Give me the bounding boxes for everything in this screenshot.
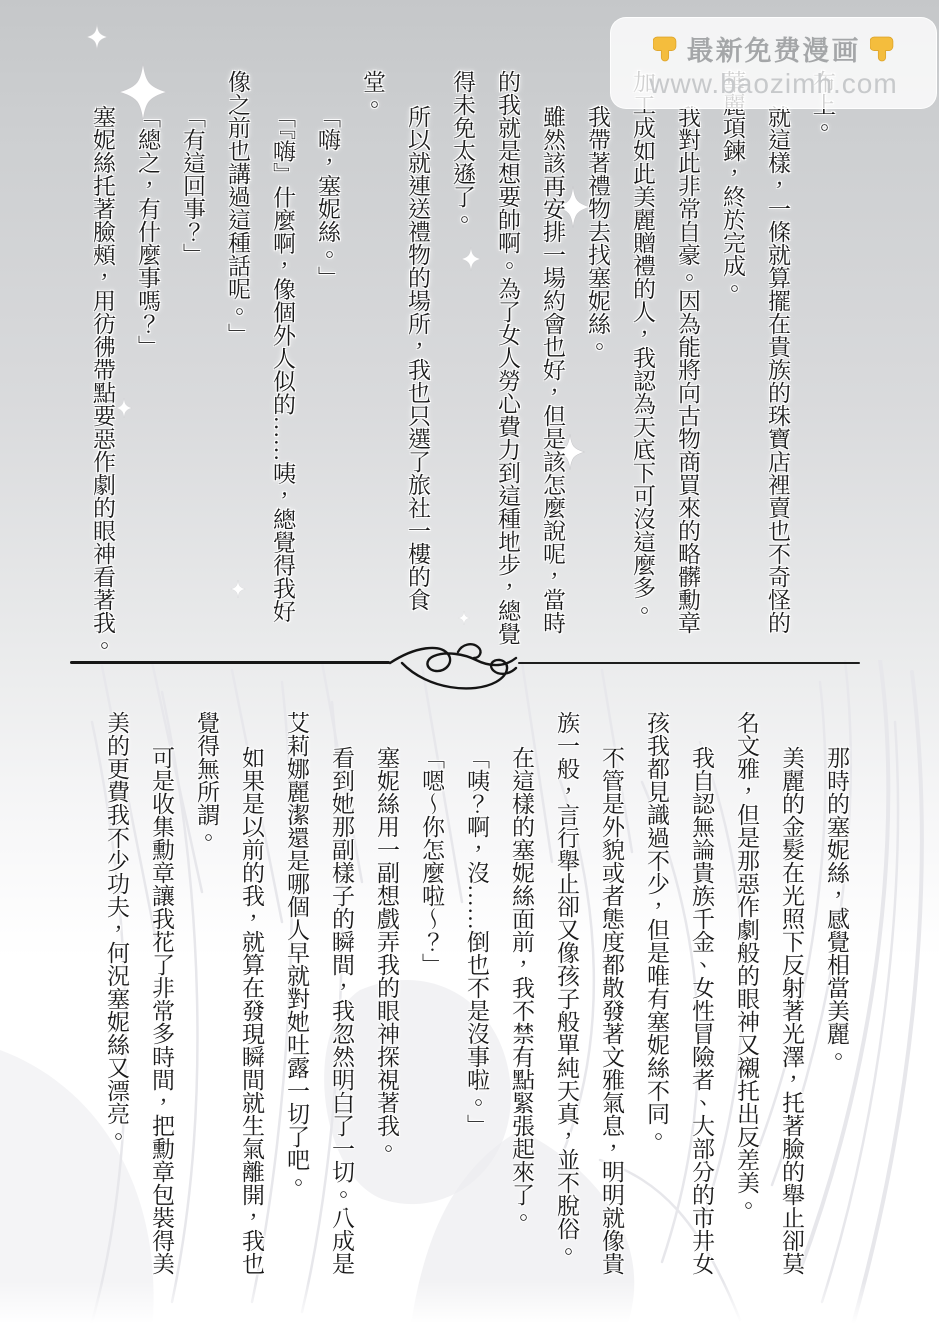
text-line: 我自認無論貴族千金、女性冒險者、大部分的市井女 xyxy=(679,711,724,1299)
text-line: 覺得無所謂。 xyxy=(184,711,229,1299)
text-line: 雖然該再安排一場約會也好，但是該怎麼說呢，當時 xyxy=(530,70,575,664)
text-line: 「『嗨』什麼啊，像個外人似的……咦，總覺得我好 xyxy=(260,70,305,664)
text-line: 加工成如此美麗贈禮的人，我認為天底下可沒這麼多。 xyxy=(620,70,665,664)
top-text-block: 布上。就這樣，一條就算擺在貴族的珠寶店裡賣也不奇怪的華麗項鍊，終於完成。我對此非… xyxy=(80,70,845,664)
pointing-down-finger-icon xyxy=(870,35,895,62)
text-line: 美麗的金髮在光照下反射著光澤，托著臉的舉止卻莫 xyxy=(769,711,814,1299)
text-line: 得未免太遜了。 xyxy=(440,70,485,664)
text-line: 「嗨，塞妮絲。」 xyxy=(305,70,350,664)
text-line: 艾莉娜麗潔還是哪個人早就對她吐露一切了吧。 xyxy=(274,711,319,1299)
novel-page: 布上。就這樣，一條就算擺在貴族的珠寶店裡賣也不奇怪的華麗項鍊，終於完成。我對此非… xyxy=(0,0,939,1331)
text-line: 像之前也講過這種話呢。」 xyxy=(215,70,260,664)
divider-rule-right xyxy=(518,662,860,664)
text-line: 「有這回事？」 xyxy=(170,70,215,664)
divider-flourish-icon xyxy=(388,638,518,700)
text-line: 如果是以前的我，就算在發現瞬間就生氣離開，我也 xyxy=(229,711,274,1299)
text-line: 的我就是想要帥啊。為了女人勞心費力到這種地步，總覺 xyxy=(485,70,530,664)
sparkle-icon xyxy=(84,24,110,50)
divider-rule-left xyxy=(70,661,390,664)
text-line: 名文雅，但是那惡作劇般的眼神又襯托出反差美。 xyxy=(724,711,769,1299)
text-line: 不管是外貌或者態度都散發著文雅氣息，明明就像貴 xyxy=(589,711,634,1299)
text-line: 看到她那副樣子的瞬間，我忽然明白了一切。八成是 xyxy=(319,711,364,1299)
bottom-fade xyxy=(0,1281,939,1331)
watermark-url: www.baozimh.com xyxy=(649,70,897,98)
text-line: 「咦？啊，沒……倒也不是沒事啦。」 xyxy=(454,711,499,1299)
text-line: 族一般，言行舉止卻又像孩子般單純天真，並不脫俗。 xyxy=(544,711,589,1299)
text-line: 美的更費我不少功夫，何況塞妮絲又漂亮。 xyxy=(94,711,139,1299)
text-line: 布上。 xyxy=(800,70,845,664)
pointing-down-finger-icon xyxy=(653,35,678,62)
text-line: 塞妮絲用一副想戲弄我的眼神探視著我。 xyxy=(364,711,409,1299)
text-line: 我對此非常自豪。因為能將向古物商買來的略髒勳章 xyxy=(665,70,710,664)
text-line: 在這樣的塞妮絲面前，我不禁有點緊張起來了。 xyxy=(499,711,544,1299)
watermark-title-row: 最新免费漫画 xyxy=(653,29,895,68)
text-line: 塞妮絲托著臉頰，用彷彿帶點要惡作劇的眼神看著我。 xyxy=(80,70,125,664)
watermark-title: 最新免费漫画 xyxy=(687,29,861,68)
section-divider xyxy=(70,630,860,702)
text-line: 華麗項鍊，終於完成。 xyxy=(710,70,755,664)
text-line: 我帶著禮物去找塞妮絲。 xyxy=(575,70,620,664)
text-line: 所以就連送禮物的場所，我也只選了旅社一樓的食 xyxy=(395,70,440,664)
text-line: 可是收集勳章讓我花了非常多時間，把勳章包裝得美 xyxy=(139,711,184,1299)
watermark-banner: 最新免费漫画 www.baozimh.com xyxy=(610,17,937,109)
text-line: 「嗯～你怎麼啦～？」 xyxy=(409,711,454,1299)
text-line: 堂。 xyxy=(350,70,395,664)
text-line: 「總之，有什麼事嗎？」 xyxy=(125,70,170,664)
text-line: 那時的塞妮絲，感覺相當美麗。 xyxy=(814,711,859,1299)
text-line: 孩我都見識過不少，但是唯有塞妮絲不同。 xyxy=(634,711,679,1299)
text-line: 就這樣，一條就算擺在貴族的珠寶店裡賣也不奇怪的 xyxy=(755,70,800,664)
bottom-text-block: 那時的塞妮絲，感覺相當美麗。美麗的金髮在光照下反射著光澤，托著臉的舉止卻莫名文雅… xyxy=(94,711,859,1299)
